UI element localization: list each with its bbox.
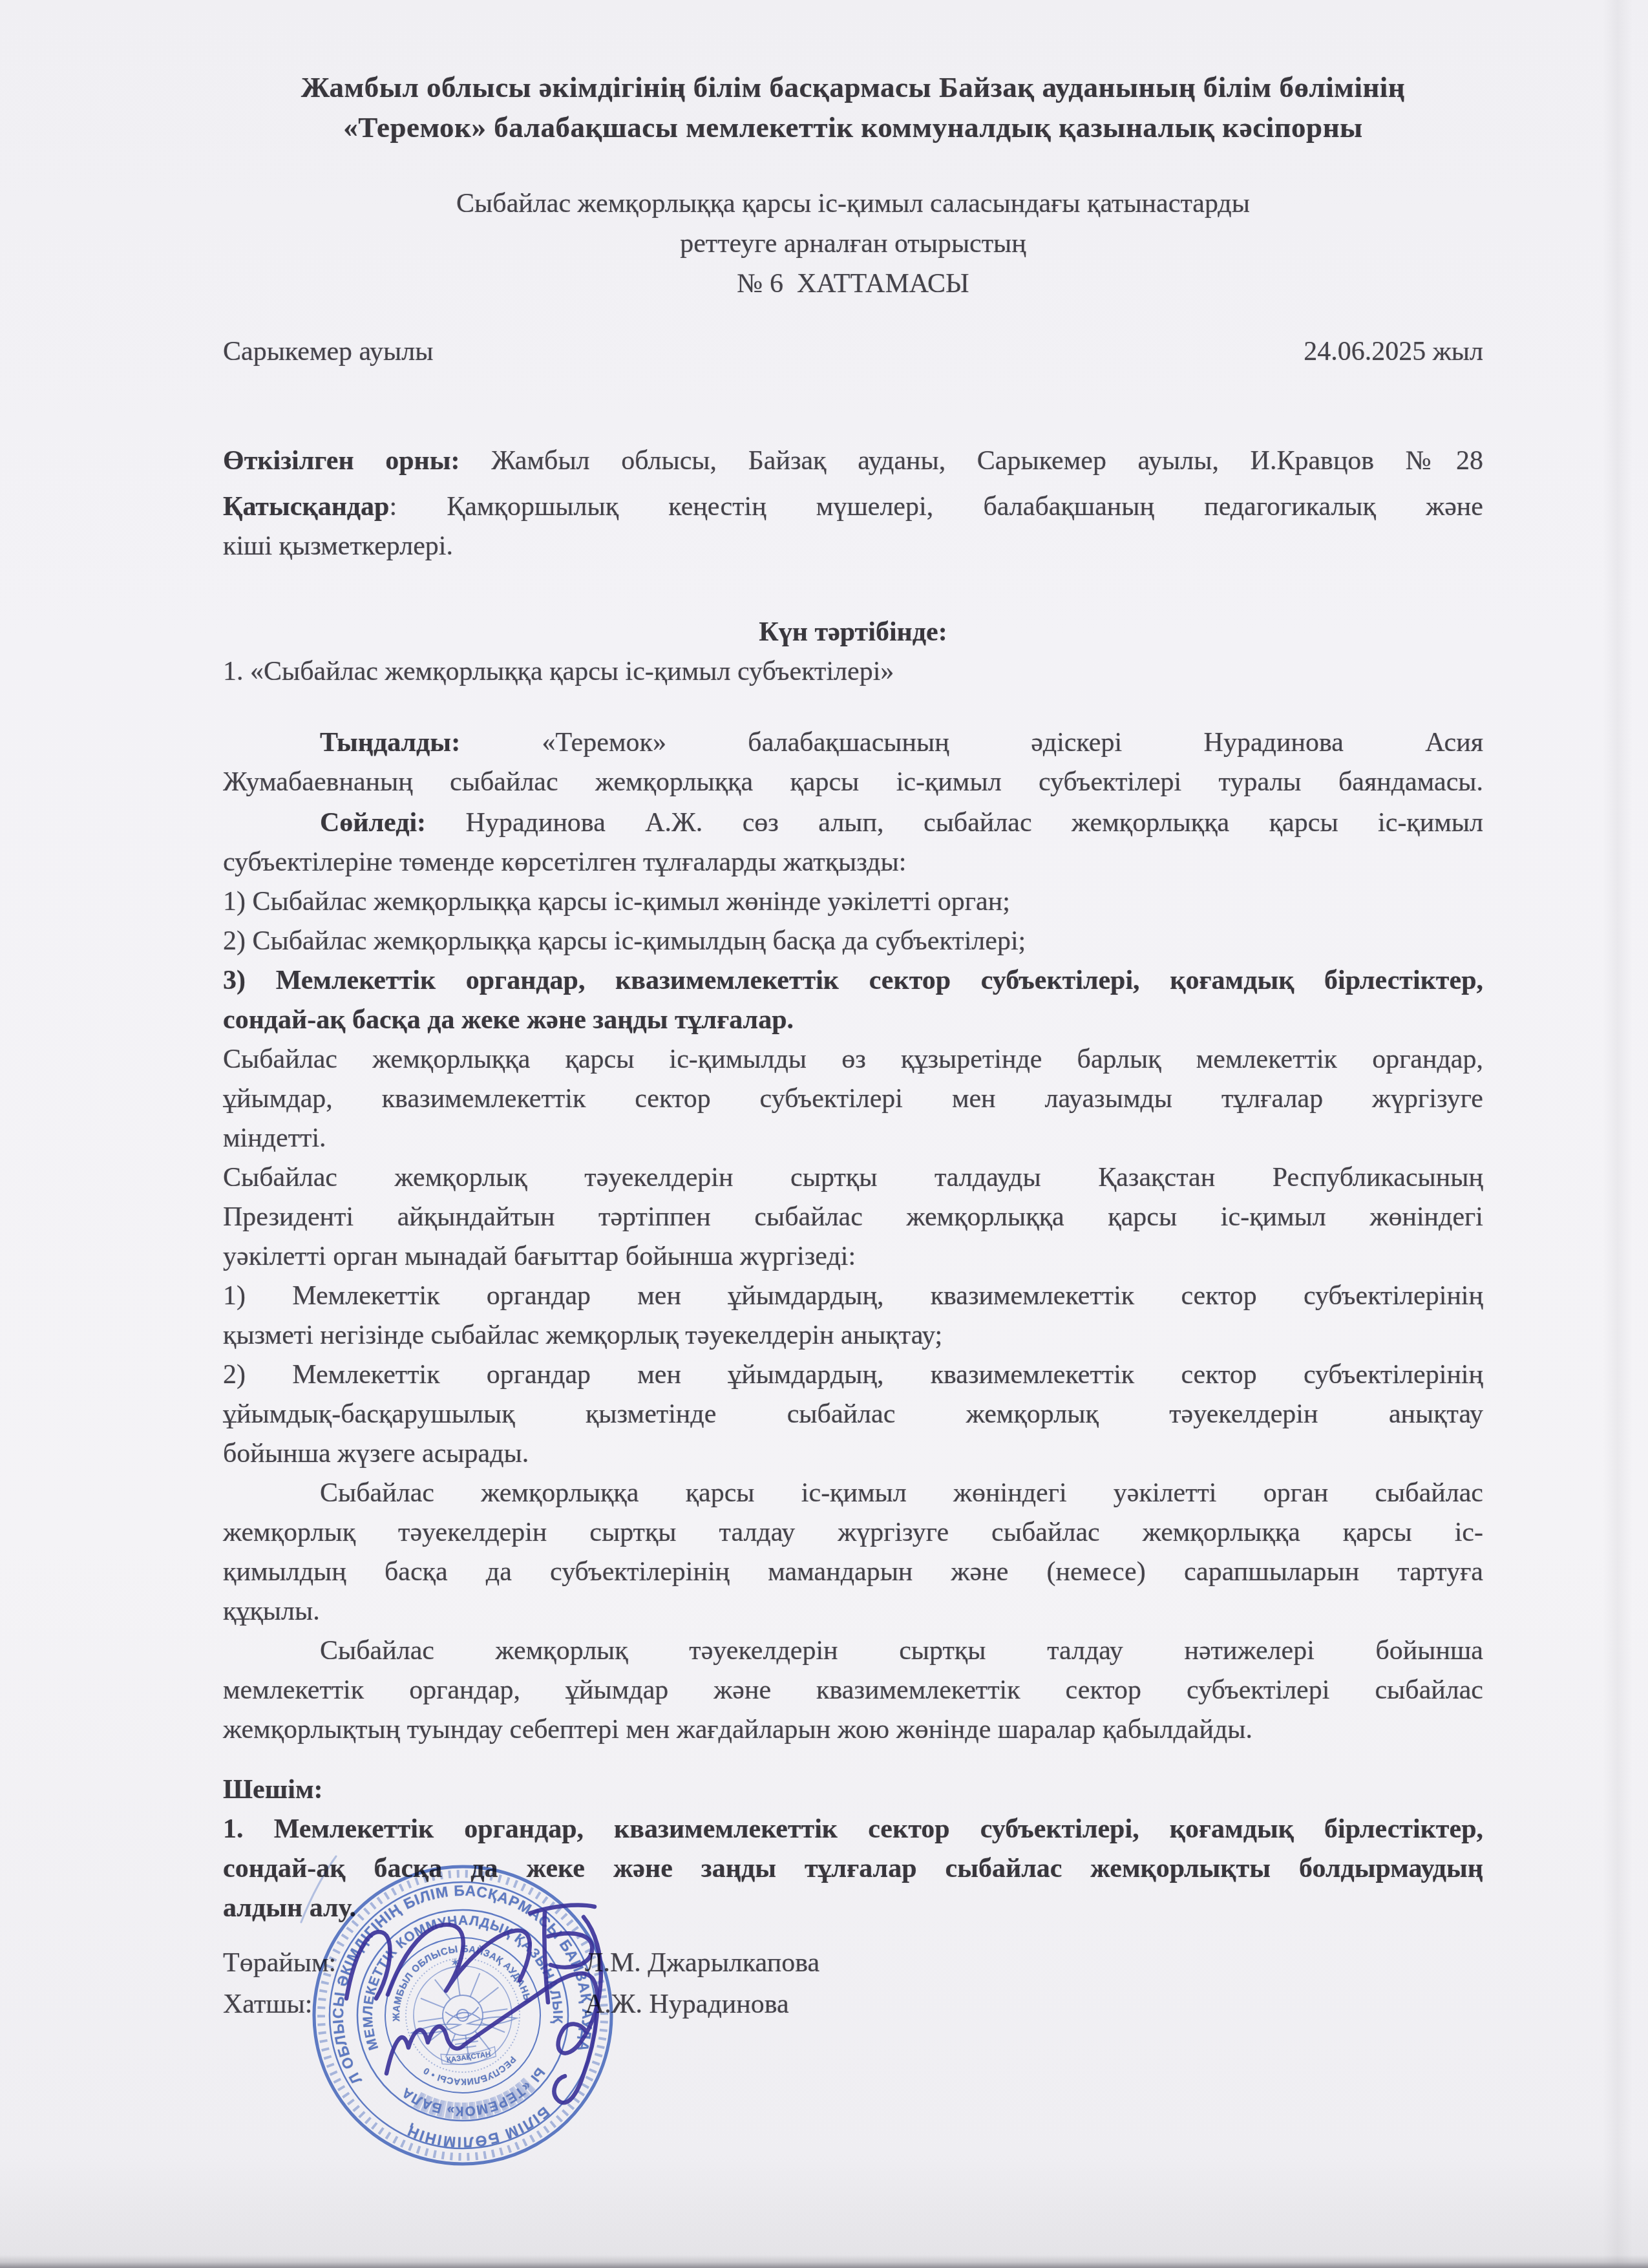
text-line: 3) Мемлекеттік органдар, квазимемлекетті… [223, 961, 1483, 1001]
org-name: Жамбыл облысы әкімдігінің білім басқарма… [223, 67, 1483, 147]
text-run: қызметі негізінде сыбайлас жемқорлық тәу… [223, 1320, 942, 1350]
text-line: Жумабаевнаның сыбайлас жемқорлыққа қарсы… [223, 763, 1483, 802]
decision-item-1: 1. Мемлекеттік органдар, квазимемлекетті… [223, 1810, 1483, 1928]
text-run: алдын алу. [223, 1893, 356, 1923]
text-run: жемқорлық тәуекелдерін сыртқы талдау жүр… [223, 1518, 1483, 1547]
text-line: 2) Мемлекеттік органдар мен ұйымдардың, … [223, 1355, 1483, 1395]
text-line: жемқорлықтың туындау себептері мен жағда… [223, 1710, 1483, 1750]
text-run: сондай-ақ басқа да жеке және заңды тұлға… [223, 1005, 794, 1035]
text-run: : Қамқоршылық кеңестің мүшелері, балабақ… [389, 492, 1483, 522]
text-run: Сыбайлас жемқорлық тәуекелдерін сыртқы т… [320, 1636, 1483, 1666]
meeting-subtitle: Сыбайлас жемқорлыққа қарсы іс-қимыл сала… [223, 184, 1483, 304]
scan-crease [1603, 0, 1632, 2268]
text-line: құқылы. [223, 1592, 1483, 1631]
scanned-protocol-page: Жамбыл облысы әкімдігінің білім басқарма… [0, 0, 1648, 2268]
agenda-heading: Күн тәртібінде: [223, 613, 1483, 652]
text-line: Қатысқандар: Қамқоршылық кеңестің мүшеле… [223, 487, 1483, 527]
text-run: Сыбайлас жемқорлыққа қарсы іс-қимылды өз… [223, 1044, 1483, 1074]
text-line: уәкілетті орган мынадай бағыттар бойынша… [223, 1237, 1483, 1277]
direction-item-1: 1) Мемлекеттік органдар мен ұйымдардың, … [223, 1277, 1483, 1355]
emblem-banner [441, 2047, 496, 2067]
text-run: қимылдың басқа да субъектілерінің маманд… [223, 1557, 1483, 1587]
text-line: Сыбайлас жемқорлық тәуекелдерін сыртқы т… [223, 1631, 1483, 1671]
text-line: 1) Мемлекеттік органдар мен ұйымдардың, … [223, 1277, 1483, 1316]
text-line: Жамбыл облысы әкімдігінің білім басқарма… [223, 67, 1483, 107]
text-run: Жамбыл облысы, Байзақ ауданы, Сарыкемер … [460, 446, 1483, 476]
text-run: кіші қызметкерлері. [223, 531, 453, 561]
text-run: Сыбайлас жемқорлыққа қарсы іс-қимыл жөні… [320, 1478, 1483, 1508]
text-line: мемлекеттік органдар, ұйымдар және квази… [223, 1671, 1483, 1710]
agenda-item-1: 1. «Сыбайлас жемқорлыққа қарсы іс-қимыл … [223, 652, 1483, 692]
participants-paragraph: Қатысқандар: Қамқоршылық кеңестің мүшеле… [223, 487, 1483, 566]
text-line: Сыбайлас жемқорлыққа қарсы іс-қимыл жөні… [223, 1474, 1483, 1513]
text-run: Сыбайлас жемқорлыққа қарсы іс-қимыл сала… [456, 189, 1250, 218]
duty-paragraph: Сыбайлас жемқорлыққа қарсы іс-қимылды өз… [223, 1040, 1483, 1158]
text-run: Қатысқандар [223, 492, 389, 522]
text-line: қимылдың басқа да субъектілерінің маманд… [223, 1553, 1483, 1592]
text-line: сондай-ақ басқа да жеке және заңды тұлға… [223, 1001, 1483, 1040]
text-line: алдын алу. [223, 1889, 1483, 1928]
text-run: «Теремок» балабақшасы мемлекеттік коммун… [343, 111, 1362, 143]
text-run: реттеуге арналған отырыстың [680, 229, 1026, 259]
text-line: Сыбайлас жемқорлыққа қарсы іс-қимыл сала… [223, 184, 1483, 224]
text-line: Сыбайлас жемқорлық тәуекелдерін сыртқы т… [223, 1158, 1483, 1198]
signature-row-secretary: Хатшы:А.Ж. Нурадинова [223, 1984, 1483, 2025]
text-run: Нурадинова А.Ж. сөз алып, сыбайлас жемқо… [426, 808, 1483, 838]
text-run: 3) Мемлекеттік органдар, квазимемлекетті… [223, 966, 1483, 995]
place-date-row: Сарыкемер ауылы24.06.2025 жыл [223, 332, 1483, 372]
text-run: мемлекеттік органдар, ұйымдар және квази… [223, 1675, 1483, 1705]
text-line: Сыбайлас жемқорлыққа қарсы іс-қимылды өз… [223, 1040, 1483, 1079]
text-run: Президенті айқындайтын тәртіппен сыбайла… [223, 1202, 1483, 1232]
text-run: Жамбыл облысы әкімдігінің білім басқарма… [301, 71, 1406, 103]
text-run: ұйымдар, квазимемлекеттік сектор субъект… [223, 1084, 1483, 1114]
text-run: Тыңдалды: [320, 728, 460, 758]
text-run: сондай-ақ басқа да жеке және заңды тұлға… [223, 1854, 1483, 1883]
text-line: кіші қызметкерлері. [223, 527, 1483, 566]
text-line: міндетті. [223, 1119, 1483, 1158]
text-line: субъектілеріне төменде көрсетілген тұлға… [223, 843, 1483, 882]
text-line: 2) Сыбайлас жемқорлыққа қарсы іс-қимылды… [223, 922, 1483, 961]
direction-item-2: 2) Мемлекеттік органдар мен ұйымдардың, … [223, 1355, 1483, 1474]
text-run: 1. Мемлекеттік органдар, квазимемлекетті… [223, 1814, 1483, 1844]
text-run: Өткізілген орны: [223, 446, 460, 476]
text-run: субъектілеріне төменде көрсетілген тұлға… [223, 847, 906, 877]
text-run: құқылы. [223, 1596, 320, 1626]
signature-row-chair-value: Л.М. Джарылкапова [585, 1948, 819, 1978]
subject-item-1: 1) Сыбайлас жемқорлыққа қарсы іс-қимыл ж… [223, 882, 1483, 922]
text-line: Президенті айқындайтын тәртіппен сыбайла… [223, 1198, 1483, 1237]
document-content: Жамбыл облысы әкімдігінің білім басқарма… [223, 67, 1483, 2025]
text-run: міндетті. [223, 1123, 326, 1153]
results-paragraph: Сыбайлас жемқорлық тәуекелдерін сыртқы т… [223, 1631, 1483, 1750]
subject-item-3: 3) Мемлекеттік органдар, квазимемлекетті… [223, 961, 1483, 1040]
text-line: жемқорлық тәуекелдерін сыртқы талдау жүр… [223, 1513, 1483, 1553]
text-line: Күн тәртібінде: [223, 613, 1483, 652]
text-run: 2) Сыбайлас жемқорлыққа қарсы іс-қимылды… [223, 926, 1026, 956]
signature-row-chair: Төрайым:Л.М. Джарылкапова [223, 1942, 1483, 1984]
text-line: 1. Мемлекеттік органдар, квазимемлекетті… [223, 1810, 1483, 1849]
place-date-row-value: 24.06.2025 жыл [1304, 332, 1483, 372]
stamp-woven-band [417, 2084, 532, 2118]
experts-paragraph: Сыбайлас жемқорлыққа қарсы іс-қимыл жөні… [223, 1474, 1483, 1631]
text-line: ұйымдық-басқарушылық қызметінде сыбайлас… [223, 1395, 1483, 1434]
text-run: Күн тәртібінде: [759, 617, 947, 647]
stamp-ring-outer-bottom-text: БІЛІМ БӨЛІМІНІҢ [402, 2103, 556, 2160]
text-line: «Теремок» балабақшасы мемлекеттік коммун… [223, 107, 1483, 147]
text-run: Сыбайлас жемқорлық тәуекелдерін сыртқы т… [223, 1163, 1483, 1192]
scan-bottom-edge [0, 2255, 1648, 2268]
text-line: реттеуге арналған отырыстың [223, 224, 1483, 264]
text-line: 1. «Сыбайлас жемқорлыққа қарсы іс-қимыл … [223, 652, 1483, 692]
subject-item-2: 2) Сыбайлас жемқорлыққа қарсы іс-қимылды… [223, 922, 1483, 961]
text-run: «Теремок» балабақшасының әдіскері Нуради… [460, 728, 1483, 758]
text-line: Өткізілген орны: Жамбыл облысы, Байзақ а… [223, 441, 1483, 481]
text-line: ұйымдар, квазимемлекеттік сектор субъект… [223, 1079, 1483, 1119]
signature-row-chair-label: Төрайым: [223, 1942, 585, 1984]
text-line: қызметі негізінде сыбайлас жемқорлық тәу… [223, 1316, 1483, 1355]
text-run: бойынша жүзеге асырады. [223, 1439, 529, 1468]
text-line: Сөйледі: Нурадинова А.Ж. сөз алып, сыбай… [223, 803, 1483, 843]
decision-heading: Шешім: [223, 1770, 1483, 1810]
place-date-row-label: Сарыкемер ауылы [223, 332, 434, 372]
text-run: 1) Сыбайлас жемқорлыққа қарсы іс-қимыл ж… [223, 887, 1010, 917]
text-run: ұйымдық-басқарушылық қызметінде сыбайлас… [223, 1399, 1483, 1429]
venue-paragraph: Өткізілген орны: Жамбыл облысы, Байзақ а… [223, 441, 1483, 481]
text-run: 1) Мемлекеттік органдар мен ұйымдардың, … [223, 1281, 1483, 1311]
external-analysis-paragraph: Сыбайлас жемқорлық тәуекелдерін сыртқы т… [223, 1158, 1483, 1277]
emblem-banner-label: ҚАЗАҚСТАН [446, 2051, 491, 2064]
text-run: 2) Мемлекеттік органдар мен ұйымдардың, … [223, 1360, 1483, 1390]
signature-row-secretary-value: А.Ж. Нурадинова [585, 1989, 789, 2019]
text-run: Шешім: [223, 1775, 323, 1805]
text-run: Жумабаевнаның сыбайлас жемқорлыққа қарсы… [223, 767, 1483, 797]
signature-row-secretary-label: Хатшы: [223, 1984, 585, 2025]
text-run: жемқорлықтың туындау себептері мен жағда… [223, 1715, 1252, 1744]
text-line: бойынша жүзеге асырады. [223, 1434, 1483, 1474]
text-run: Сөйледі: [320, 808, 426, 838]
text-run: № 6 ХАТТАМАСЫ [737, 269, 969, 299]
heard-paragraph: Тыңдалды: «Теремок» балабақшасының әдіск… [223, 723, 1483, 802]
text-line: Шешім: [223, 1770, 1483, 1810]
text-line: 1) Сыбайлас жемқорлыққа қарсы іс-қимыл ж… [223, 882, 1483, 922]
text-run: уәкілетті орган мынадай бағыттар бойынша… [223, 1242, 856, 1271]
svg-text:БІЛІМ БӨЛІМІНІҢ: БІЛІМ БӨЛІМІНІҢ [402, 2103, 556, 2160]
text-line: Тыңдалды: «Теремок» балабақшасының әдіск… [223, 723, 1483, 763]
spoke-paragraph: Сөйледі: Нурадинова А.Ж. сөз алып, сыбай… [223, 803, 1483, 882]
text-run: 1. «Сыбайлас жемқорлыққа қарсы іс-қимыл … [223, 657, 894, 686]
text-line: сондай-ақ басқа да жеке және заңды тұлға… [223, 1849, 1483, 1889]
text-line: № 6 ХАТТАМАСЫ [223, 264, 1483, 304]
